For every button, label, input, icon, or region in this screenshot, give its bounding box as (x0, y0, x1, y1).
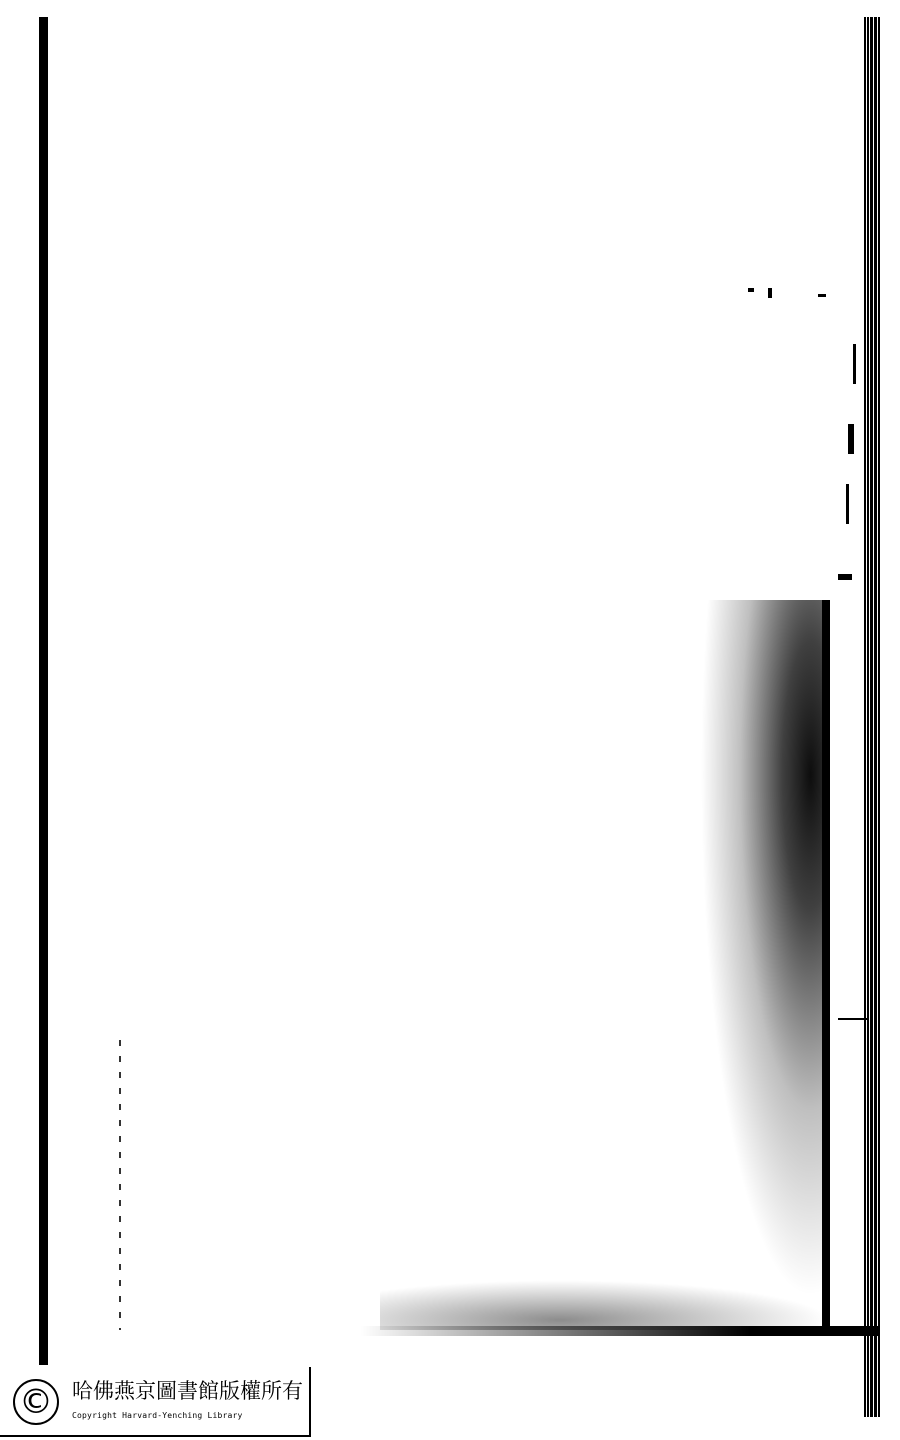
bottom-page-edge (360, 1326, 880, 1336)
copyright-english-text: Copyright Harvard-Yenching Library (72, 1411, 243, 1420)
copyright-stamp: © 哈佛燕京圖書館版權所有 Copyright Harvard-Yenching… (0, 1367, 311, 1437)
left-border-bar (39, 17, 48, 1365)
binding-shadow (700, 600, 830, 1300)
left-speck-marks (119, 1040, 121, 1330)
faint-character-marks (748, 284, 828, 594)
edge-tick-mark (838, 1018, 868, 1020)
right-binding-edge (864, 17, 882, 1417)
copyright-chinese-text: 哈佛燕京圖書館版權所有 (72, 1375, 303, 1405)
scanned-page: © 哈佛燕京圖書館版權所有 Copyright Harvard-Yenching… (0, 0, 900, 1440)
copyright-icon: © (13, 1379, 59, 1425)
inner-page-edge (822, 600, 830, 1330)
bottom-shadow (380, 1280, 830, 1330)
